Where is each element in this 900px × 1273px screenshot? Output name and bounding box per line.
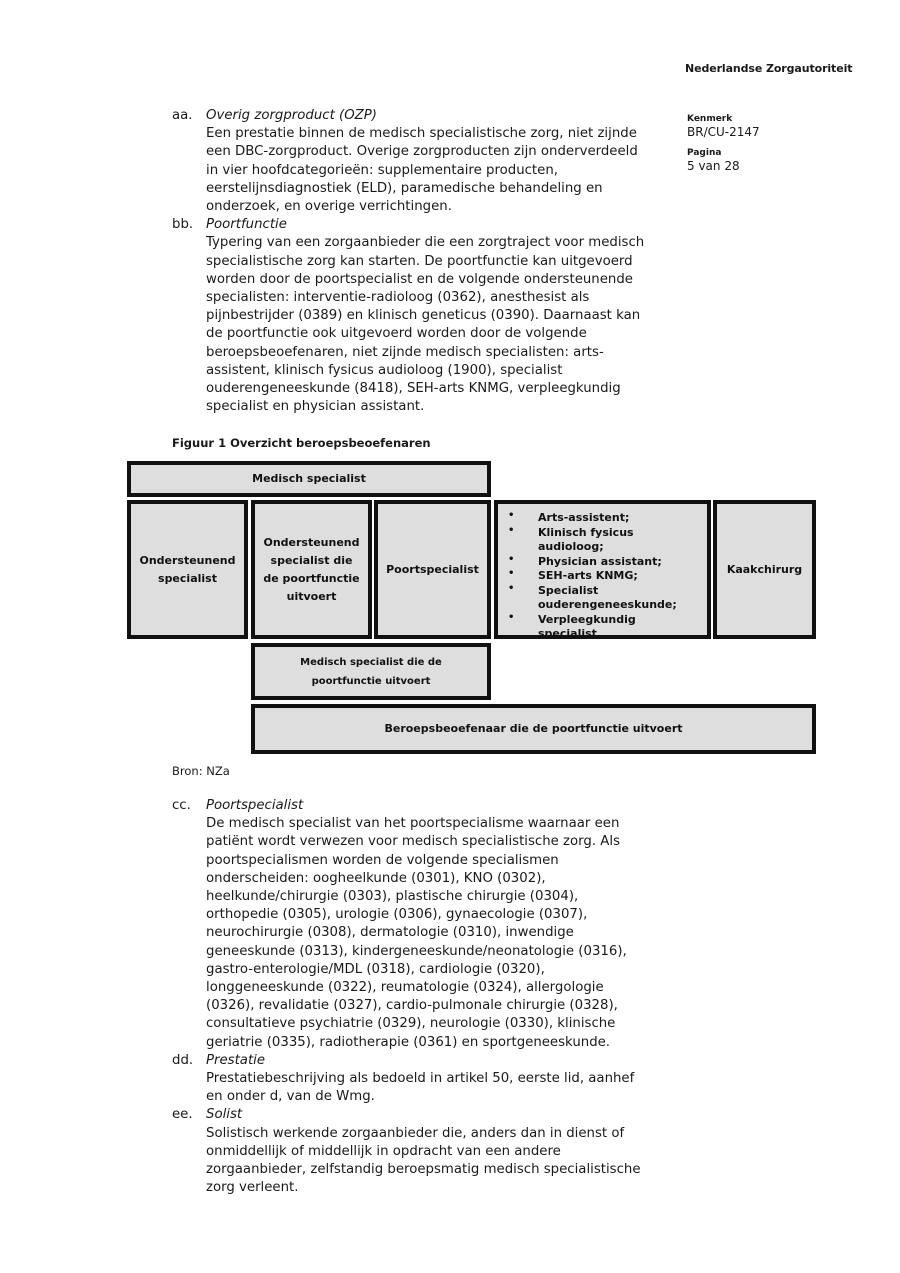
document-meta: Kenmerk BR/CU-2147 Pagina 5 van 28 [687,113,837,181]
definition-key: ee. [172,1106,193,1124]
kenmerk-value: BR/CU-2147 [687,125,837,139]
kenmerk-label: Kenmerk [687,113,837,125]
box-poortspecialist: Poortspecialist [374,500,491,639]
definition-text: Een prestatie binnen de medisch speciali… [206,125,652,216]
definition-cc: cc. Poortspecialist De medisch specialis… [172,797,652,1052]
definition-text: Solistisch werkende zorgaanbieder die, a… [206,1125,652,1198]
box-kaakchirurg: Kaakchirurg [713,500,816,639]
definition-text: De medisch specialist van het poortspeci… [206,815,652,1052]
definition-ee: ee. Solist Solistisch werkende zorgaanbi… [172,1106,652,1197]
definition-term: Solist [206,1106,652,1124]
figure-title: Figuur 1 Overzicht beroepsbeoefenaren [172,436,431,450]
box-ondersteunend-poortfunctie: Ondersteunend specialist die de poortfun… [251,500,372,639]
list-item: SEH-arts KNMG; [508,569,699,584]
organization-name: Nederlandse Zorgautoriteit [685,62,852,75]
pagina-label: Pagina [687,147,837,159]
list-item: Arts-assistent; [508,511,699,526]
definitions-bottom: cc. Poortspecialist De medisch specialis… [172,797,652,1197]
definition-term: Poortfunctie [206,216,652,234]
definition-key: cc. [172,797,191,815]
box-beroepsbeoefenaar-poortfunctie: Beroepsbeoefenaar die de poortfunctie ui… [251,704,816,754]
figure-source: Bron: NZa [172,764,230,778]
beroepsbeoefenaren-list: Arts-assistent; Klinisch fysicus audiolo… [498,504,707,642]
box-beroepsbeoefenaren-list: Arts-assistent; Klinisch fysicus audiolo… [494,500,711,639]
definition-aa: aa. Overig zorgproduct (OZP) Een prestat… [172,107,652,216]
definition-dd: dd. Prestatie Prestatiebeschrijving als … [172,1052,652,1107]
definition-key: dd. [172,1052,193,1070]
box-medisch-specialist: Medisch specialist [127,461,491,497]
definition-text: Typering van een zorgaanbieder die een z… [206,234,652,416]
box-medisch-specialist-poortfunctie: Medisch specialist die de poortfunctie u… [251,643,491,700]
list-item: Specialist ouderengeneeskunde; [508,584,699,613]
definition-term: Prestatie [206,1052,652,1070]
definition-text: Prestatiebeschrijving als bedoeld in art… [206,1070,652,1106]
list-item: Verpleegkundig specialist. [508,613,699,642]
definition-term: Overig zorgproduct (OZP) [206,107,652,125]
definition-term: Poortspecialist [206,797,652,815]
list-item: Physician assistant; [508,555,699,570]
list-item: Klinisch fysicus audioloog; [508,526,699,555]
definitions-top: aa. Overig zorgproduct (OZP) Een prestat… [172,107,652,416]
definition-bb: bb. Poortfunctie Typering van een zorgaa… [172,216,652,416]
pagina-value: 5 van 28 [687,159,837,173]
box-ondersteunend-specialist: Ondersteunend specialist [127,500,248,639]
definition-key: bb. [172,216,193,234]
definition-key: aa. [172,107,193,125]
